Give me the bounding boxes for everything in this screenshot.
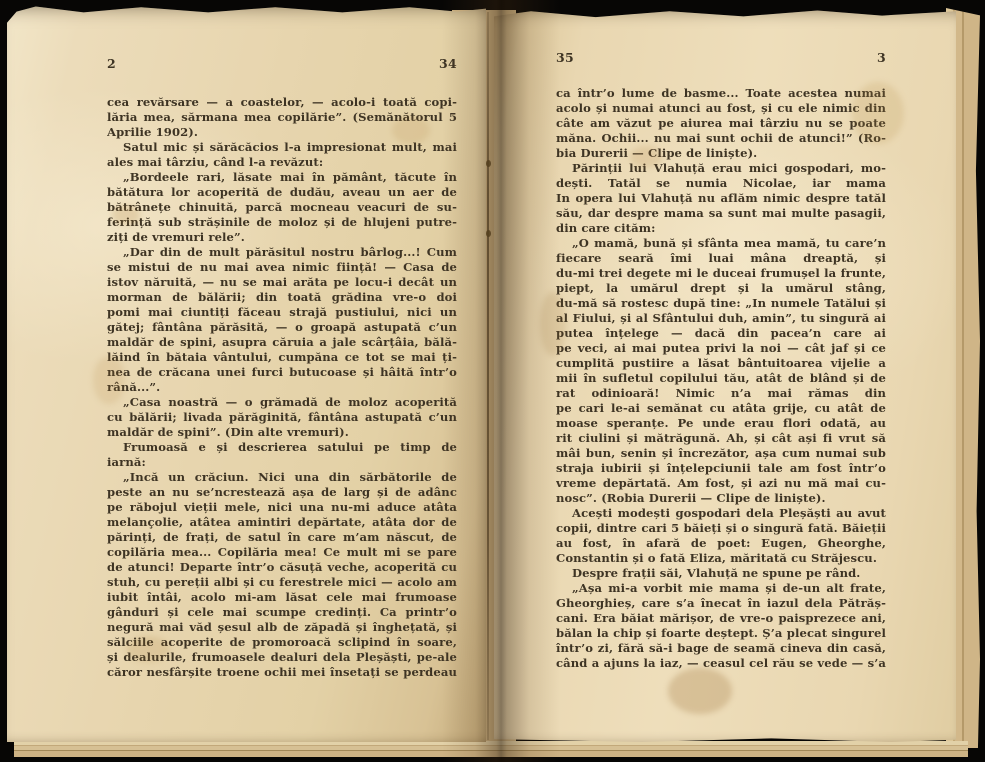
text-line: Despre frații săi, Vlahuță ne spune pe r… (556, 566, 886, 581)
text-line: lăria mea, sărmana mea copilărie”. (Semă… (107, 110, 457, 125)
text-line: bia Durerii — Clipe de liniște). (556, 146, 886, 161)
text-line: moase speranțe. Pe unde erau flori odată… (556, 416, 886, 431)
text-line: bătătura lor acoperită de dudău, aveau u… (107, 185, 457, 200)
text-line: rit ciulini și mătrăgună. Ah, și cât ași… (556, 431, 886, 446)
text-line: straja iubirii și înțelepciunii tale am … (556, 461, 886, 476)
text-line: copii, dintre cari 5 băieți și o singură… (556, 521, 886, 536)
text-line: maldăr de spini, asupra căruia a jale sc… (107, 335, 457, 350)
left-page-header: 2 34 (107, 56, 457, 71)
text-line: lăind în bătaia vântului, cumpăna ce tot… (107, 350, 457, 365)
text-line: „Incă un crăciun. Nici una din sărbători… (107, 470, 457, 485)
text-line: cea revărsare — a coastelor, — acolo-i t… (107, 95, 457, 110)
right-page: 35 3 ca într’o lume de basme... Toate ac… (494, 9, 956, 742)
text-line: au fost, în afară de poet: Eugen, Gheorg… (556, 536, 886, 551)
text-line: nea de crăcana unei furci butucoase și h… (107, 365, 457, 380)
bottom-page-stack-edges (14, 741, 968, 757)
text-line: pe veci, ai mai putea privi la noi — cât… (556, 341, 886, 356)
text-line: morman de bălării; din toată grădina vre… (107, 290, 457, 305)
text-line: du-mi trei degete mi le duceai frumușel … (556, 266, 886, 281)
left-page-text: cea revărsare — a coastelor, — acolo-i t… (107, 95, 457, 680)
text-line: cu bălării; livada părăginită, fântâna a… (107, 410, 457, 425)
text-line: dești. Tatăl se numia Nicolae, iar mama … (556, 176, 886, 191)
text-line: Satul mic și sărăcăcios l-a impresionat … (107, 140, 457, 155)
text-line: pe cari le-ai semănat cu atâta grije, cu… (556, 401, 886, 416)
text-line: Aprilie 1902). (107, 125, 457, 140)
text-line: peste an nu se’ncrestează așa de larg și… (107, 485, 457, 500)
text-line: măna. Ochii... nu mai sunt ochii de atun… (556, 131, 886, 146)
text-line: din care cităm: (556, 221, 886, 236)
text-line: putea înțelege — dacă din pacea’n care a… (556, 326, 886, 341)
text-line: fiecare seară îmi luai mâna dreaptă, și … (556, 251, 886, 266)
text-line: ca într’o lume de basme... Toate acestea… (556, 86, 886, 101)
text-line: său, dar despre mama sa sunt mai multe p… (556, 206, 886, 221)
text-line: iarnă: (107, 455, 457, 470)
text-line: rână...”. (107, 380, 457, 395)
text-line: părinți, de frați, de satul în care m’am… (107, 530, 457, 545)
text-line: du-mă să rostesc după tine: „In numele T… (556, 296, 886, 311)
text-line: Părinții lui Vlahuță erau mici gospodari… (556, 161, 886, 176)
text-line: ziți de vremuri rele”. (107, 230, 457, 245)
text-line: pomi mai ciuntiți făceau strajă pustiulu… (107, 305, 457, 320)
text-line: rat odinioară! Nimic n’a mai rămas din î… (556, 386, 886, 401)
left-page-number-inner: 34 (439, 56, 457, 71)
text-line: iubit întâi, acolo mi-am lăsat cele mai … (107, 590, 457, 605)
text-line: pe răbojul vieții mele, nici una nu-mi a… (107, 500, 457, 515)
text-line: de atunci! Departe într’o căsuță veche, … (107, 560, 457, 575)
text-line: copilăria mea... Copilăria mea! Ce mult … (107, 545, 457, 560)
text-line: melançolie, atâtea amintiri depărtate, a… (107, 515, 457, 530)
text-line: când a ajuns la iaz, — ceasul cel rău se… (556, 656, 886, 671)
text-line: vreme depărtată. Am fost, și azi nu mă m… (556, 476, 886, 491)
text-line: stuh, cu pereții albi și cu ferestrele m… (107, 575, 457, 590)
text-line: acolo și numai atunci au fost, și cu ele… (556, 101, 886, 116)
text-line: al Fiului, și al Sfântului duh, amin”, t… (556, 311, 886, 326)
text-line: sălciile acoperite de promoroacă sclipin… (107, 635, 457, 650)
text-line: ales mai târziu, când l-a revăzut: (107, 155, 457, 170)
text-line: gânduri și cele mai scumpe credinți. Ca … (107, 605, 457, 620)
text-line: cani. Era băiat mărișor, de vre-o paispr… (556, 611, 886, 626)
left-page: 2 34 cea revărsare — a coastelor, — acol… (7, 5, 486, 742)
text-line: „Bordeele rari, lăsate mai în pământ, tă… (107, 170, 457, 185)
text-line: „Casa noastră — o grămadă de moloz acope… (107, 395, 457, 410)
text-line: „O mamă, bună și sfânta mea mamă, tu car… (556, 236, 886, 251)
text-line: ferință sub strășinile de moloz și de hl… (107, 215, 457, 230)
text-line: bătrânețe chinuită, parcă mocneau veacur… (107, 200, 457, 215)
text-line: maldăr de spini”. (Din alte vremuri). (107, 425, 457, 440)
right-page-number-inner: 35 (556, 50, 574, 65)
text-line: într’o zi, fără să-i bage de seamă cinev… (556, 641, 886, 656)
right-page-text: ca într’o lume de basme... Toate acestea… (556, 86, 886, 671)
text-line: câte am văzut pe aiurea mai târziu nu se… (556, 116, 886, 131)
text-line: Constantin și o fată Eliza, măritată cu … (556, 551, 886, 566)
right-page-header: 35 3 (556, 50, 886, 65)
right-page-number-outer: 3 (877, 50, 886, 65)
text-line: și dealurile, frumoasele dealuri dela Pl… (107, 650, 457, 665)
text-line: „Așa mi-a vorbit mie mama și de-un alt f… (556, 581, 886, 596)
text-line: nosc”. (Robia Durerii — Clipe de liniște… (556, 491, 886, 506)
text-line: bălan la chip și foarte deștept. Ș’a ple… (556, 626, 886, 641)
stitch-hole (486, 160, 491, 167)
text-line: Frumoasă e și descrierea satului pe timp… (107, 440, 457, 455)
text-line: cumplită pustiire a lăsat bântuitoarea v… (556, 356, 886, 371)
text-line: negură mai văd șesul alb de zăpadă și în… (107, 620, 457, 635)
book-scan-screen: 2 34 cea revărsare — a coastelor, — acol… (0, 0, 985, 762)
text-line: mâi bun, senin și încrezător, așa cum nu… (556, 446, 886, 461)
text-line: Gheorghieș, care s’a înecat în iazul del… (556, 596, 886, 611)
text-line: „Dar din de mult părăsitul nostru bârlog… (107, 245, 457, 260)
left-page-number-outer: 2 (107, 56, 116, 71)
text-line: istov năruită, — nu se mai arăta pe locu… (107, 275, 457, 290)
text-line: mii în sufletul copilului tău, atât de b… (556, 371, 886, 386)
text-line: Acești modești gospodari dela Pleșăști a… (556, 506, 886, 521)
text-line: gătej; fântâna părăsită, — o groapă astu… (107, 320, 457, 335)
stitch-hole (486, 230, 491, 237)
text-line: se mistui de nu mai avea nimic ființă! —… (107, 260, 457, 275)
text-line: In opera lui Vlahuță nu aflăm nimic desp… (556, 191, 886, 206)
text-line: căror nesfârșite troene ochii mei înseta… (107, 665, 457, 680)
text-line: piept, la umărul drept și la umărul stân… (556, 281, 886, 296)
